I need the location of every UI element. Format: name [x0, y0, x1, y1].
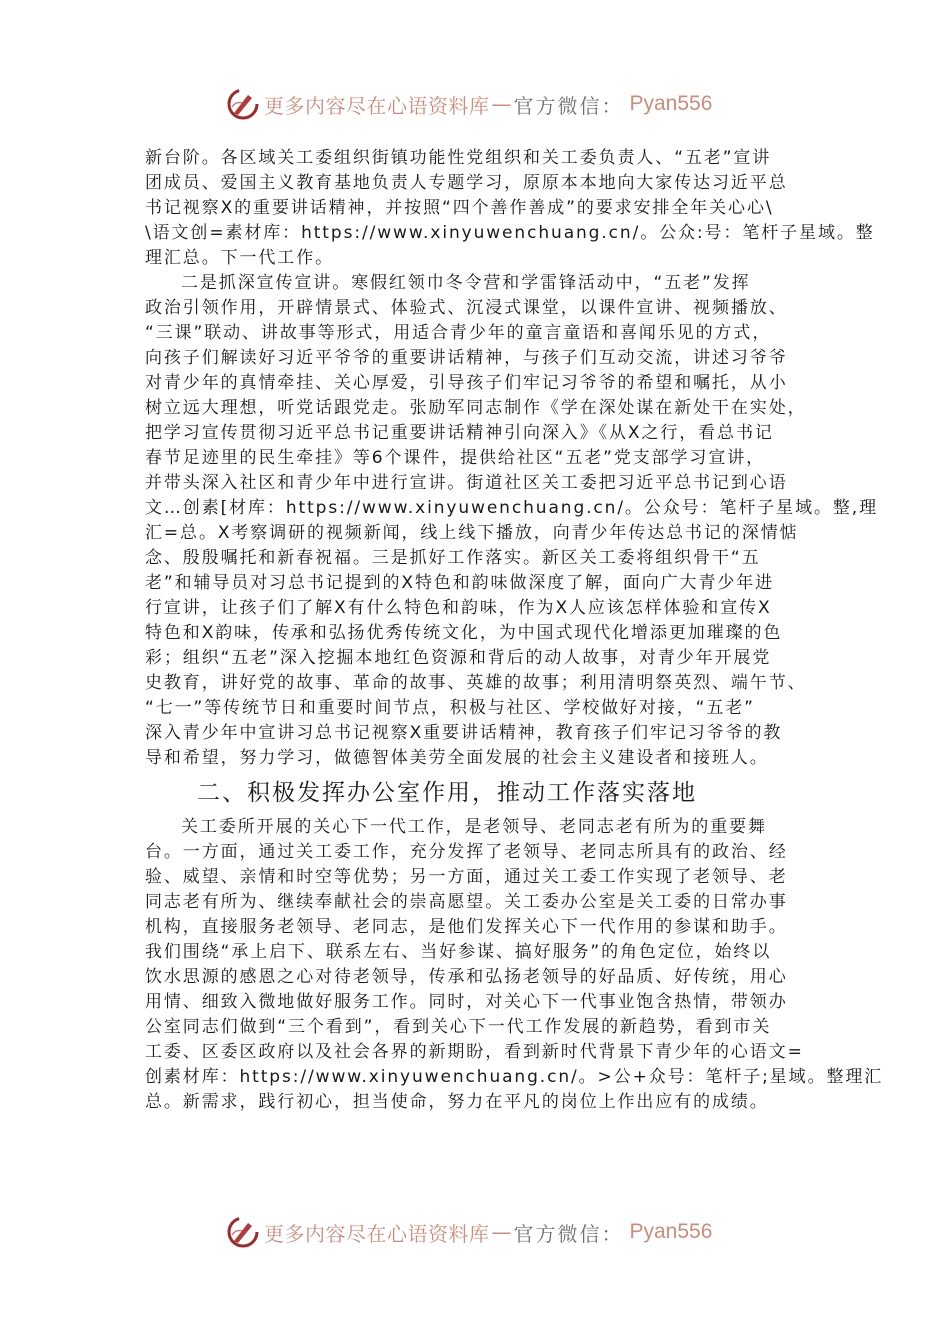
- text-line: 验、威望、亲情和时空等优势；另一方面，通过关工委工作实现了老领导、老: [145, 865, 805, 890]
- text-line: 公室同志们做到“三个看到”，看到关心下一代工作发展的新趋势，看到市关: [145, 1015, 805, 1040]
- banner-title: 更多内容尽在心语资料库: [264, 90, 490, 119]
- document-page: 新台阶。各区域关工委组织街镇功能性党组织和关工委负责人、“五老”宣讲 团成员、爱…: [145, 146, 805, 1115]
- text-line: 树立远大理想，听党话跟党走。张励军同志制作《学在深处谋在新处干在实处，: [145, 396, 805, 421]
- text-line: 文…创素[材库：https://www.xinyuwenchuang.cn/。公…: [145, 496, 805, 521]
- paragraph-2: 二是抓深宣传宣讲。寒假红领巾冬令营和学雷锋活动中，“五老”发挥 政治引领作用，开…: [145, 271, 805, 771]
- text-line: 饮水思源的感恩之心对待老领导，传承和弘扬老领导的好品质、好传统，用心: [145, 965, 805, 990]
- paragraph-3: 关工委所开展的关心下一代工作，是老领导、老同志老有所为的重要舞 台。一方面，通过…: [145, 815, 805, 1115]
- text-line: 念、殷殷嘱托和新春祝福。三是抓好工作落实。新区关工委将组织骨干“五: [145, 546, 805, 571]
- text-line: 行宣讲，让孩子们了解X有什么特色和韵味，作为X人应该怎样体验和宣传X: [145, 596, 805, 621]
- text-line: 同志老有所为、继续奉献社会的崇高愿望。关工委办公室是关工委的日常办事: [145, 890, 805, 915]
- paragraph-1: 新台阶。各区域关工委组织街镇功能性党组织和关工委负责人、“五老”宣讲 团成员、爱…: [145, 146, 805, 271]
- text-line: 理汇总。下一代工作。: [145, 246, 805, 271]
- text-line: “三课”联动、讲故事等形式，用适合青少年的童言童语和喜闻乐见的方式，: [145, 321, 805, 346]
- text-line: 特色和X韵味，传承和弘扬优秀传统文化，为中国式现代化增添更加璀璨的色: [145, 621, 805, 646]
- text-line: 用情、细致入微地做好服务工作。同时，对关心下一代事业饱含热情，带领办: [145, 990, 805, 1015]
- text-line: 关工委所开展的关心下一代工作，是老领导、老同志老有所为的重要舞: [145, 815, 805, 840]
- text-line: 政治引领作用，开辟情景式、体验式、沉浸式课堂，以课件宣讲、视频播放、: [145, 296, 805, 321]
- text-line: 把学习宣传贯彻习近平总书记重要讲话精神引向深入》《从X之行，看总书记: [145, 421, 805, 446]
- banner-title: 更多内容尽在心语资料库: [264, 1218, 490, 1247]
- text-line: 史教育，讲好党的故事、革命的故事、英雄的故事；利用清明祭英烈、端午节、: [145, 671, 805, 696]
- text-line: 对青少年的真情牵挂、关心厚爱，引导孩子们牢记习爷爷的希望和嘱托，从小: [145, 371, 805, 396]
- text-line: 台。一方面，通过关工委工作，充分发挥了老领导、老同志所具有的政治、经: [145, 840, 805, 865]
- text-line: 书记视察X的重要讲话精神，并按照“四个善作善成”的要求安排全年关心心\: [145, 196, 805, 221]
- text-line: 新台阶。各区域关工委组织街镇功能性党组织和关工委负责人、“五老”宣讲: [145, 146, 805, 171]
- text-line: \语文创=素材库：https://www.xinyuwenchuang.cn/。…: [145, 221, 805, 246]
- text-line: 向孩子们解读好习近平爷爷的重要讲话精神，与孩子们互动交流，讲述习爷爷: [145, 346, 805, 371]
- header-banner: 更多内容尽在心语资料库 — 官方微信： Pyan556: [226, 84, 726, 124]
- banner-wechat-id: Pyan556: [630, 1220, 713, 1244]
- text-line: 深入青少年中宣讲习总书记视察X重要讲话精神，教育孩子们牢记习爷爷的教: [145, 721, 805, 746]
- footer-banner: 更多内容尽在心语资料库 — 官方微信： Pyan556: [226, 1212, 726, 1252]
- banner-wechat-label: 官方微信：: [514, 90, 624, 119]
- banner-dash: —: [492, 92, 512, 116]
- text-line: 我们围绕“承上启下、联系左右、当好参谋、搞好服务”的角色定位，始终以: [145, 940, 805, 965]
- text-line: 二是抓深宣传宣讲。寒假红领巾冬令营和学雷锋活动中，“五老”发挥: [145, 271, 805, 296]
- banner-wechat-id: Pyan556: [630, 92, 713, 116]
- text-line: 汇=总。X考察调研的视频新闻，线上线下播放，向青少年传达总书记的深情惦: [145, 521, 805, 546]
- section-heading: 二、积极发挥办公室作用，推动工作落实落地: [197, 775, 805, 811]
- quill-pen-logo-icon: [226, 1215, 260, 1249]
- text-line: 总。新需求，践行初心，担当使命，努力在平凡的岗位上作出应有的成绩。: [145, 1090, 805, 1115]
- quill-pen-logo-icon: [226, 87, 260, 121]
- text-line: 并带头深入社区和青少年中进行宣讲。街道社区关工委把习近平总书记到心语: [145, 471, 805, 496]
- text-line: 老”和辅导员对习总书记提到的X特色和韵味做深度了解，面向广大青少年进: [145, 571, 805, 596]
- banner-wechat-label: 官方微信：: [514, 1218, 624, 1247]
- text-line: 彩；组织“五老”深入挖掘本地红色资源和背后的动人故事，对青少年开展党: [145, 646, 805, 671]
- text-line: 机构，直接服务老领导、老同志，是他们发挥关心下一代作用的参谋和助手。: [145, 915, 805, 940]
- text-line: 工委、区委区政府以及社会各界的新期盼，看到新时代背景下青少年的心语文=: [145, 1040, 805, 1065]
- text-line: 导和希望，努力学习，做德智体美劳全面发展的社会主义建设者和接班人。: [145, 746, 805, 771]
- text-line: “七一”等传统节日和重要时间节点，积极与社区、学校做好对接，“五老”: [145, 696, 805, 721]
- banner-dash: —: [492, 1220, 512, 1244]
- text-line: 团成员、爱国主义教育基地负责人专题学习，原原本本地向大家传达习近平总: [145, 171, 805, 196]
- text-line: 创素材库：https://www.xinyuwenchuang.cn/。>公+众…: [145, 1065, 805, 1090]
- text-line: 春节足迹里的民生牵挂》等6个课件，提供给社区“五老”党支部学习宣讲，: [145, 446, 805, 471]
